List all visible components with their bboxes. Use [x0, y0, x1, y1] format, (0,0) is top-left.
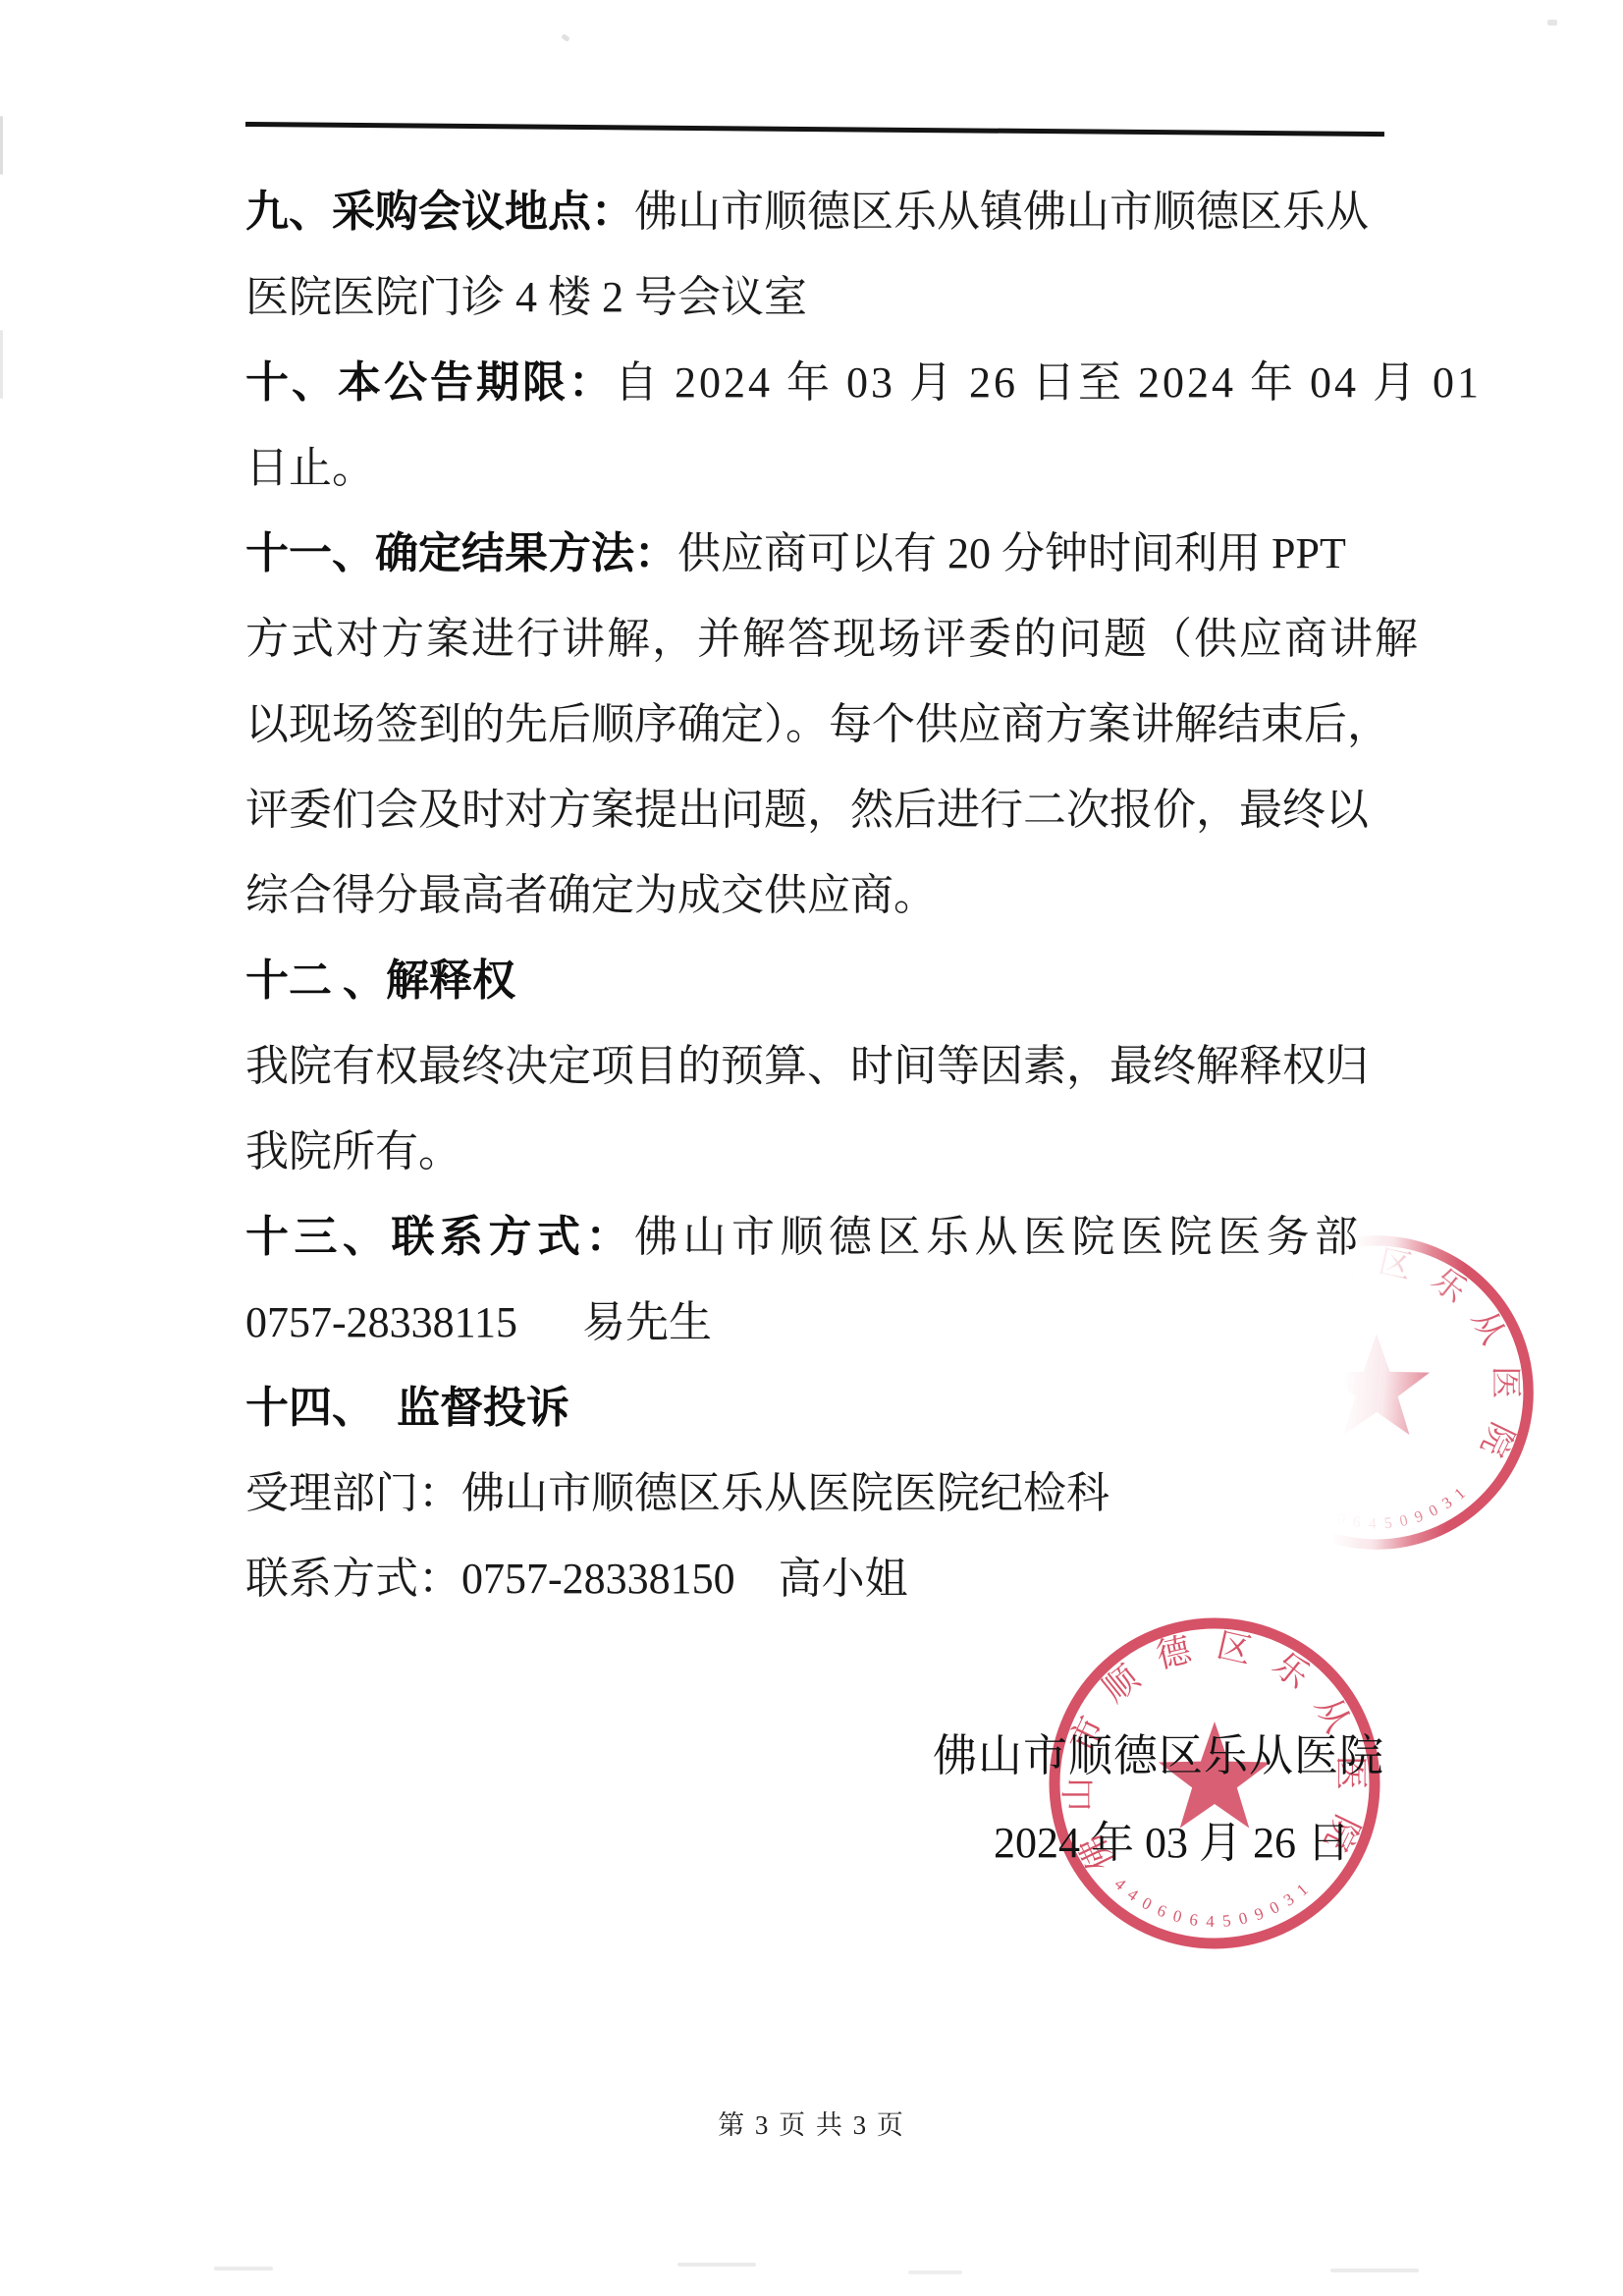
line-text: 联系方式：0757-28338150 高小姐	[245, 1555, 908, 1603]
line-text: 供应商可以有 20 分钟时间利用 PPT	[677, 529, 1346, 577]
scan-artifact	[214, 2267, 273, 2270]
scan-artifact	[908, 2270, 962, 2274]
line-heading: 十二 、解释权	[245, 957, 515, 1005]
line-text: 我院所有。	[245, 1127, 461, 1175]
line-heading: 十四、 监督投诉	[245, 1384, 569, 1432]
line-text: 以现场签到的先后顺序确定）。每个供应商方案讲解结束后，	[245, 700, 1390, 748]
scan-artifact	[677, 2263, 756, 2267]
text-line: 日止。	[245, 425, 1394, 511]
text-line: 以现场签到的先后顺序确定）。每个供应商方案讲解结束后，	[245, 682, 1394, 767]
text-line: 医院医院门诊 4 楼 2 号会议室	[245, 254, 1394, 340]
line-heading: 十一、确定结果方法：	[245, 529, 677, 577]
star-icon	[1324, 1334, 1430, 1435]
line-text: 方式对方案进行讲解，并解答现场评委的问题（供应商讲解	[245, 615, 1420, 663]
scan-artifact	[0, 116, 3, 175]
text-line: 综合得分最高者确定为成交供应商。	[245, 852, 1394, 938]
line-text: 评委们会及时对方案提出问题，然后进行二次报价，最终以	[245, 786, 1369, 834]
line-heading: 十三、联系方式：	[245, 1213, 634, 1261]
line-text: 日止。	[245, 444, 375, 492]
scan-artifact	[0, 330, 3, 399]
line-text: 0757-28338115 易先生	[245, 1298, 712, 1346]
line-text: 我院有权最终决定项目的预算、时间等因素，最终解释权归	[245, 1042, 1369, 1090]
signature-organization: 佛山市顺德区乐从医院	[933, 1728, 1384, 1783]
text-line: 我院有权最终决定项目的预算、时间等因素，最终解释权归	[245, 1023, 1394, 1109]
scan-artifact	[561, 33, 569, 42]
text-line: 十二 、解释权	[245, 938, 1394, 1023]
page-number: 第 3 页 共 3 页	[0, 2109, 1623, 2141]
signature-date: 2024 年 03 月 26 日	[994, 1816, 1406, 1871]
line-text: 受理部门：佛山市顺德区乐从医院医院纪检科	[245, 1469, 1109, 1517]
line-heading: 九、采购会议地点：	[245, 188, 634, 236]
text-line: 十、本公告期限：自 2024 年 03 月 26 日至 2024 年 04 月 …	[245, 340, 1394, 425]
text-line: 评委们会及时对方案提出问题，然后进行二次报价，最终以	[245, 767, 1394, 852]
text-line: 方式对方案进行讲解，并解答现场评委的问题（供应商讲解	[245, 596, 1394, 682]
line-text: 医院医院门诊 4 楼 2 号会议室	[245, 273, 807, 321]
partial-official-seal: 佛山市顺德区乐从医院 4406064509031	[1214, 1230, 1540, 1556]
text-line: 我院所有。	[245, 1109, 1394, 1194]
line-text: 自 2024 年 03 月 26 日至 2024 年 04 月 01	[615, 358, 1482, 407]
header-divider-line	[245, 122, 1384, 137]
official-seal: 佛山市顺德区乐从医院 4406064509031	[1043, 1612, 1386, 1955]
line-text: 佛山市顺德区乐从镇佛山市顺德区乐从	[634, 188, 1369, 236]
text-line: 九、采购会议地点：佛山市顺德区乐从镇佛山市顺德区乐从	[245, 169, 1394, 254]
scanned-document-page: { "page": { "background": "#ffffff", "te…	[0, 0, 1623, 2296]
scan-artifact	[1330, 2269, 1419, 2272]
text-line: 十一、确定结果方法：供应商可以有 20 分钟时间利用 PPT	[245, 511, 1394, 596]
line-heading: 十、本公告期限：	[245, 358, 615, 407]
scan-artifact	[1547, 20, 1557, 26]
line-text: 综合得分最高者确定为成交供应商。	[245, 871, 937, 919]
